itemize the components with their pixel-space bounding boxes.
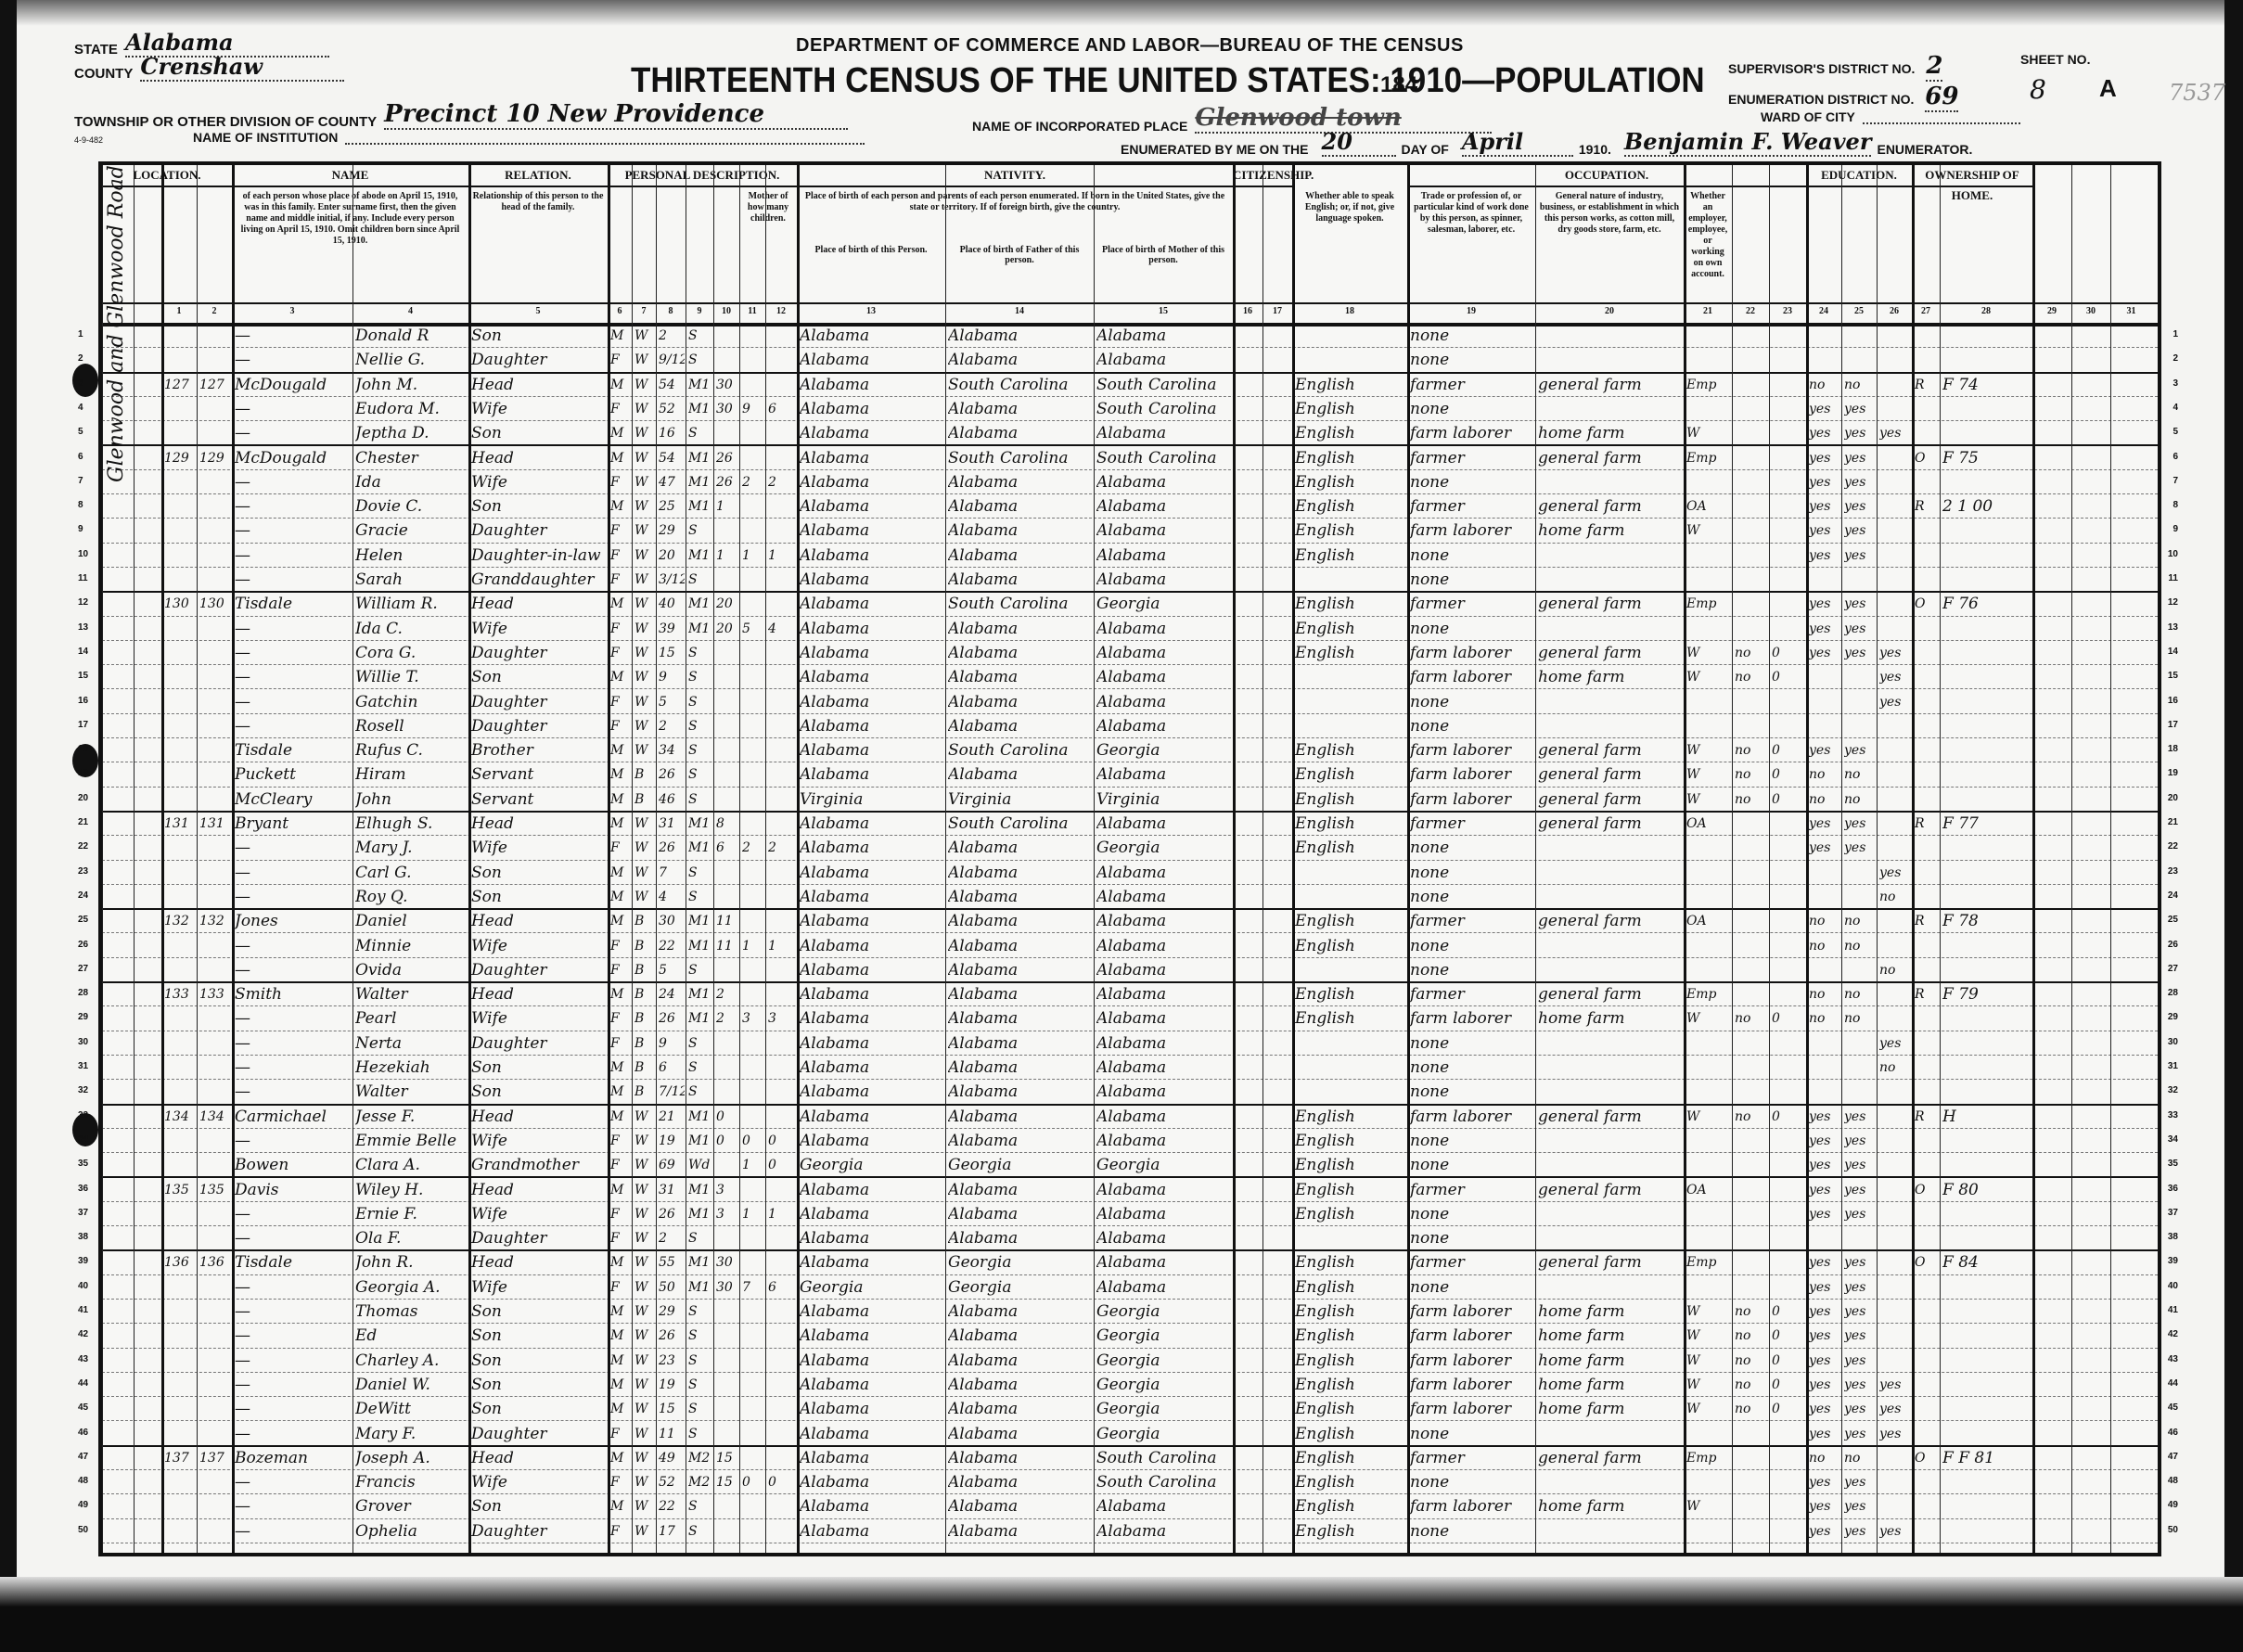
cell-fm (1942, 1518, 2032, 1543)
cell-given: Thomas (355, 1299, 468, 1323)
cell-fam (199, 1128, 231, 1152)
cell-trade: farm laborer (1410, 1104, 1534, 1128)
cell-ms: S (688, 1396, 712, 1420)
column-rule (1769, 165, 1770, 1553)
cell-emp (1686, 1421, 1731, 1445)
column-rule (197, 165, 198, 1553)
table-row: —GroverSonMW22SAlabamaAlabamaAlabamaEngl… (102, 1493, 2158, 1518)
cell-yrs: 30 (716, 396, 738, 420)
cell-wks (1772, 689, 1805, 713)
cell-lang (1295, 323, 1406, 347)
cell-age: 54 (659, 445, 685, 469)
cell-age: 7 (659, 860, 685, 884)
cell-age: 34 (659, 737, 685, 762)
cell-dw (164, 1493, 196, 1518)
cell-fpob: Alabama (948, 347, 1093, 371)
cell-given: Daniel W. (355, 1372, 468, 1396)
cell-ms: M1 (688, 908, 712, 932)
cell-yrs (716, 713, 738, 737)
line-number: 45 (78, 1402, 88, 1413)
cell-dw (164, 493, 196, 518)
cell-yrs (716, 1225, 738, 1249)
cell-mpob: Georgia (1096, 1323, 1232, 1347)
cell-surname: — (235, 1518, 352, 1543)
table-row: —Nellie G.DaughterFW9/12SAlabamaAlabamaA… (102, 347, 2158, 373)
cell-living (768, 1104, 796, 1128)
cell-rel: Son (471, 323, 607, 347)
cell-living (768, 1079, 796, 1103)
cell-given: DeWitt (355, 1396, 468, 1420)
cell-surname: Tisdale (235, 591, 352, 615)
table-row: —Eudora M.WifeFW52M13096AlabamaAlabamaSo… (102, 396, 2158, 421)
cell-ind: home farm (1538, 1493, 1683, 1518)
cell-dw (164, 1079, 196, 1103)
cell-yrs (716, 1396, 738, 1420)
cell-trade: farmer (1410, 981, 1534, 1005)
cell-surname: — (235, 664, 352, 688)
cell-lang: English (1295, 616, 1406, 640)
cell-living: 3 (768, 1005, 796, 1030)
line-number-right: 22 (2168, 841, 2178, 852)
cell-given: Eudora M. (355, 396, 468, 420)
archive-stamp: 7537 (2169, 80, 2225, 106)
cell-given: Ida C. (355, 616, 468, 640)
cell-yrs: 15 (716, 1445, 738, 1469)
cell-ind: general farm (1538, 1177, 1683, 1201)
column-rule (134, 165, 135, 1553)
table-row: —Mary F.DaughterFW11SAlabamaAlabamaGeorg… (102, 1421, 2158, 1447)
cell-fm: F F 81 (1942, 1445, 2032, 1469)
cell-given: Donald R (355, 323, 468, 347)
cell-fpob: Georgia (948, 1152, 1093, 1176)
cell-sex: F (610, 640, 631, 664)
cell-race: W (634, 1421, 655, 1445)
column-rule (608, 165, 610, 1553)
cell-yrs: 26 (716, 469, 738, 493)
cell-pob: Alabama (800, 640, 944, 664)
cell-ms: S (688, 787, 712, 811)
cell-wks: 0 (1772, 1005, 1805, 1030)
cell-emp: W (1686, 664, 1731, 688)
cell-born (742, 1396, 764, 1420)
cell-own (1915, 1225, 1939, 1249)
line-number-right: 16 (2168, 696, 2178, 706)
cell-trade: farm laborer (1410, 1493, 1534, 1518)
cell-wks (1772, 1177, 1805, 1201)
cell-emp (1686, 323, 1731, 347)
cell-lang (1295, 1079, 1406, 1103)
cell-fpob: Alabama (948, 884, 1093, 908)
cell-rel: Head (471, 908, 607, 932)
cell-given: Hezekiah (355, 1055, 468, 1079)
cell-fm (1942, 1493, 2032, 1518)
line-number-right: 15 (2168, 671, 2178, 681)
cell-ms: S (688, 1055, 712, 1079)
cell-dw: 135 (164, 1177, 196, 1201)
cell-age: 4 (659, 884, 685, 908)
cell-own: O (1915, 445, 1939, 469)
form-number: 184 (1380, 72, 1417, 98)
cell-fpob: Alabama (948, 543, 1093, 567)
column-number: 23 (1769, 306, 1806, 316)
line-number-right: 39 (2168, 1256, 2178, 1266)
cell-age: 26 (659, 1005, 685, 1030)
cell-sex: F (610, 689, 631, 713)
table-row: 129129McDougaldChesterHeadMW54M126Alabam… (102, 445, 2158, 470)
cell-read: no (1809, 787, 1840, 811)
line-number-right: 24 (2168, 890, 2178, 901)
cell-lang: English (1295, 762, 1406, 786)
cell-unemp (1735, 1249, 1768, 1274)
table-row: McClearyJohnServantMB46SVirginiaVirginia… (102, 787, 2158, 813)
cell-pob: Alabama (800, 323, 944, 347)
cell-emp (1686, 1128, 1731, 1152)
scan-shadow-bottom (0, 1577, 2243, 1652)
cell-born: 1 (742, 1201, 764, 1225)
cell-lang: English (1295, 1249, 1406, 1274)
cell-dw (164, 1323, 196, 1347)
cell-surname: — (235, 933, 352, 957)
cell-rel: Son (471, 1055, 607, 1079)
cell-lang: English (1295, 1005, 1406, 1030)
cell-born (742, 957, 764, 981)
cell-trade: none (1410, 1274, 1534, 1299)
cell-unemp (1735, 1079, 1768, 1103)
table-row: 137137BozemanJoseph A.HeadMW49M215Alabam… (102, 1445, 2158, 1470)
cell-read: yes (1809, 1396, 1840, 1420)
cell-dw (164, 1348, 196, 1372)
cell-unemp (1735, 1421, 1768, 1445)
cell-rel: Head (471, 372, 607, 396)
cell-sex: M (610, 664, 631, 688)
cell-surname: — (235, 420, 352, 444)
cell-wks: 0 (1772, 1323, 1805, 1347)
cell-living (768, 884, 796, 908)
cell-surname: — (235, 323, 352, 347)
cell-age: 29 (659, 1299, 685, 1323)
column-desc-birth-father: Place of birth of Father of this person. (951, 245, 1088, 265)
cell-fam (199, 1396, 231, 1420)
cell-emp (1686, 860, 1731, 884)
cell-read: yes (1809, 543, 1840, 567)
cell-yrs: 15 (716, 1469, 738, 1493)
cell-rel: Servant (471, 787, 607, 811)
cell-rel: Head (471, 811, 607, 835)
column-rule (1806, 165, 1809, 1553)
cell-ind: general farm (1538, 908, 1683, 932)
cell-emp (1686, 1518, 1731, 1543)
cell-sex: M (610, 884, 631, 908)
cell-school (1879, 347, 1911, 371)
cell-age: 15 (659, 640, 685, 664)
cell-dw (164, 835, 196, 859)
cell-read (1809, 567, 1840, 591)
cell-ind (1538, 1518, 1683, 1543)
cell-ms: S (688, 737, 712, 762)
cell-born (742, 1323, 764, 1347)
cell-wks (1772, 518, 1805, 542)
cell-born (742, 713, 764, 737)
cell-born (742, 908, 764, 932)
cell-fam (199, 543, 231, 567)
cell-emp: W (1686, 1299, 1731, 1323)
cell-surname: — (235, 1055, 352, 1079)
cell-age: 30 (659, 908, 685, 932)
cell-school (1879, 811, 1911, 835)
cell-fam (199, 616, 231, 640)
cell-fm (1942, 689, 2032, 713)
cell-own (1915, 1348, 1939, 1372)
column-number: 21 (1684, 306, 1732, 316)
cell-surname: — (235, 1201, 352, 1225)
enumeration-district: 69 (1925, 83, 1958, 112)
column-number: 8 (656, 306, 686, 316)
cell-born (742, 323, 764, 347)
cell-yrs: 0 (716, 1128, 738, 1152)
district-block: SUPERVISOR'S DISTRICT NO. 2 ENUMERATION … (1728, 52, 1958, 113)
cell-yrs: 30 (716, 372, 738, 396)
cell-own (1915, 1299, 1939, 1323)
cell-rel: Son (471, 1493, 607, 1518)
column-number: 13 (797, 306, 945, 316)
cell-surname: McCleary (235, 787, 352, 811)
cell-given: Clara A. (355, 1152, 468, 1176)
column-number: 2 (197, 306, 232, 316)
cell-own (1915, 1518, 1939, 1543)
cell-pob: Alabama (800, 567, 944, 591)
cell-ms: M1 (688, 1177, 712, 1201)
cell-mpob: South Carolina (1096, 396, 1232, 420)
cell-dw: 127 (164, 372, 196, 396)
cell-age: 17 (659, 1518, 685, 1543)
column-desc-mother-of: Mother of how many children. (743, 191, 793, 295)
cell-dw (164, 1031, 196, 1055)
group-header-nativity: NATIVITY. (797, 165, 1233, 187)
cell-read: no (1809, 908, 1840, 932)
line-number-right: 28 (2168, 988, 2178, 998)
cell-age: 11 (659, 1421, 685, 1445)
cell-fm: F 74 (1942, 372, 2032, 396)
cell-fam: 135 (199, 1177, 231, 1201)
cell-lang: English (1295, 811, 1406, 835)
table-row: 133133SmithWalterHeadMB24M12AlabamaAlaba… (102, 981, 2158, 1006)
cell-yrs (716, 1031, 738, 1055)
cell-given: Francis (355, 1469, 468, 1493)
cell-ms: M1 (688, 811, 712, 835)
cell-school (1879, 981, 1911, 1005)
cell-race: B (634, 1079, 655, 1103)
cell-fam (199, 469, 231, 493)
cell-fam (199, 787, 231, 811)
cell-born (742, 860, 764, 884)
cell-mpob: Alabama (1096, 933, 1232, 957)
cell-write (1844, 664, 1876, 688)
cell-sex: M (610, 860, 631, 884)
line-number: 21 (78, 817, 88, 827)
table-row: —RosellDaughterFW2SAlabamaAlabamaAlabama… (102, 713, 2158, 738)
cell-given: Rufus C. (355, 737, 468, 762)
cell-sex: F (610, 396, 631, 420)
cell-age: 15 (659, 1396, 685, 1420)
line-number: 17 (78, 720, 88, 730)
cell-trade: none (1410, 884, 1534, 908)
cell-sex: F (610, 1005, 631, 1030)
column-desc-relation-desc: Relationship of this person to the head … (472, 191, 604, 295)
cell-fm (1942, 1079, 2032, 1103)
cell-lang: English (1295, 908, 1406, 932)
cell-born (742, 1445, 764, 1469)
table-row: —Carl G.SonMW7SAlabamaAlabamaAlabamanone… (102, 860, 2158, 885)
column-number: 4 (352, 306, 468, 316)
table-row: —SarahGranddaughterFW3/12SAlabamaAlabama… (102, 567, 2158, 593)
cell-living (768, 1372, 796, 1396)
cell-living (768, 713, 796, 737)
cell-ms: M2 (688, 1469, 712, 1493)
cell-lang: English (1295, 933, 1406, 957)
cell-born (742, 1079, 764, 1103)
cell-mpob: Alabama (1096, 908, 1232, 932)
cell-age: 6 (659, 1055, 685, 1079)
cell-yrs: 1 (716, 493, 738, 518)
cell-fam: 133 (199, 981, 231, 1005)
cell-ms: S (688, 1348, 712, 1372)
cell-sex: M (610, 1104, 631, 1128)
cell-school (1879, 493, 1911, 518)
cell-trade: farm laborer (1410, 1299, 1534, 1323)
cell-emp: W (1686, 420, 1731, 444)
cell-born (742, 1348, 764, 1372)
cell-fpob: Alabama (948, 762, 1093, 786)
line-number-right: 7 (2173, 476, 2178, 486)
cell-mpob: Alabama (1096, 689, 1232, 713)
cell-age: 9/12 (659, 347, 685, 371)
cell-own (1915, 1396, 1939, 1420)
cell-pob: Virginia (800, 787, 944, 811)
cell-sex: M (610, 420, 631, 444)
cell-living (768, 1421, 796, 1445)
cell-rel: Wife (471, 1469, 607, 1493)
line-number: 1 (78, 329, 83, 339)
line-number-right: 30 (2168, 1037, 2178, 1047)
table-row: 127127McDougaldJohn M.HeadMW54M130Alabam… (102, 372, 2158, 397)
line-number: 42 (78, 1329, 88, 1339)
cell-age: 2 (659, 1225, 685, 1249)
cell-mpob: Alabama (1096, 1055, 1232, 1079)
cell-race: W (634, 1249, 655, 1274)
cell-rel: Son (471, 1396, 607, 1420)
cell-rel: Brother (471, 737, 607, 762)
cell-age: 47 (659, 469, 685, 493)
cell-pob: Alabama (800, 957, 944, 981)
cell-mpob: Alabama (1096, 323, 1232, 347)
cell-fm: F 80 (1942, 1177, 2032, 1201)
cell-pob: Alabama (800, 664, 944, 688)
cell-living (768, 981, 796, 1005)
cell-read (1809, 689, 1840, 713)
line-number-right: 47 (2168, 1452, 2178, 1462)
line-number: 30 (78, 1037, 88, 1047)
census-sheet: STATEAlabama COUNTYCrenshaw DEPARTMENT O… (17, 0, 2224, 1605)
cell-surname: — (235, 689, 352, 713)
cell-write: yes (1844, 396, 1876, 420)
cell-rel: Daughter (471, 1225, 607, 1249)
cell-wks (1772, 396, 1805, 420)
line-number-right: 48 (2168, 1476, 2178, 1486)
cell-school (1879, 1079, 1911, 1103)
cell-pob: Alabama (800, 835, 944, 859)
line-number: 9 (78, 524, 83, 534)
cell-rel: Granddaughter (471, 567, 607, 591)
cell-mpob: Alabama (1096, 543, 1232, 567)
cell-living: 6 (768, 396, 796, 420)
cell-race: W (634, 591, 655, 615)
cell-surname: Jones (235, 908, 352, 932)
cell-pob: Alabama (800, 396, 944, 420)
cell-dw (164, 1396, 196, 1420)
cell-given: Chester (355, 445, 468, 469)
cell-emp: OA (1686, 811, 1731, 835)
cell-wks: 0 (1772, 1104, 1805, 1128)
cell-fm (1942, 543, 2032, 567)
cell-race: W (634, 835, 655, 859)
cell-fm (1942, 1348, 2032, 1372)
cell-school (1879, 1323, 1911, 1347)
cell-school (1879, 1225, 1911, 1249)
cell-school (1879, 396, 1911, 420)
cell-fam (199, 1005, 231, 1030)
cell-own: O (1915, 1445, 1939, 1469)
cell-fpob: Alabama (948, 518, 1093, 542)
cell-dw (164, 737, 196, 762)
cell-fpob: Alabama (948, 640, 1093, 664)
enumerator-label: ENUMERATOR. (1877, 142, 1972, 157)
cell-fpob: Alabama (948, 1396, 1093, 1420)
cell-lang: English (1295, 543, 1406, 567)
line-number: 33 (78, 1110, 88, 1121)
cell-living (768, 957, 796, 981)
department-heading: DEPARTMENT OF COMMERCE AND LABOR—BUREAU … (796, 35, 1464, 57)
cell-read: no (1809, 933, 1840, 957)
cell-surname: — (235, 1128, 352, 1152)
table-row: —DeWittSonMW15SAlabamaAlabamaGeorgiaEngl… (102, 1396, 2158, 1421)
cell-ms: S (688, 1493, 712, 1518)
cell-wks (1772, 860, 1805, 884)
cell-sex: M (610, 1079, 631, 1103)
cell-age: 29 (659, 518, 685, 542)
column-number: 7 (632, 306, 656, 316)
cell-lang: English (1295, 396, 1406, 420)
line-number-right: 44 (2168, 1378, 2178, 1389)
cell-fam (199, 420, 231, 444)
cell-emp (1686, 1079, 1731, 1103)
cell-wks (1772, 1421, 1805, 1445)
cell-pob: Alabama (800, 689, 944, 713)
line-number: 32 (78, 1085, 88, 1095)
side-street-note: Glenwood and Glenwood Road (105, 165, 128, 482)
cell-wks (1772, 835, 1805, 859)
table-row: —Daniel W.SonMW19SAlabamaAlabamaGeorgiaE… (102, 1372, 2158, 1397)
table-row: —Ola F.DaughterFW2SAlabamaAlabamaAlabama… (102, 1225, 2158, 1251)
cell-dw (164, 664, 196, 688)
cell-ind (1538, 1469, 1683, 1493)
cell-read: no (1809, 1445, 1840, 1469)
table-row: —Ida C.WifeFW39M12054AlabamaAlabamaAlaba… (102, 616, 2158, 641)
cell-age: 21 (659, 1104, 685, 1128)
cell-fam: 132 (199, 908, 231, 932)
cell-unemp: no (1735, 1323, 1768, 1347)
cell-fm (1942, 835, 2032, 859)
cell-dw (164, 518, 196, 542)
